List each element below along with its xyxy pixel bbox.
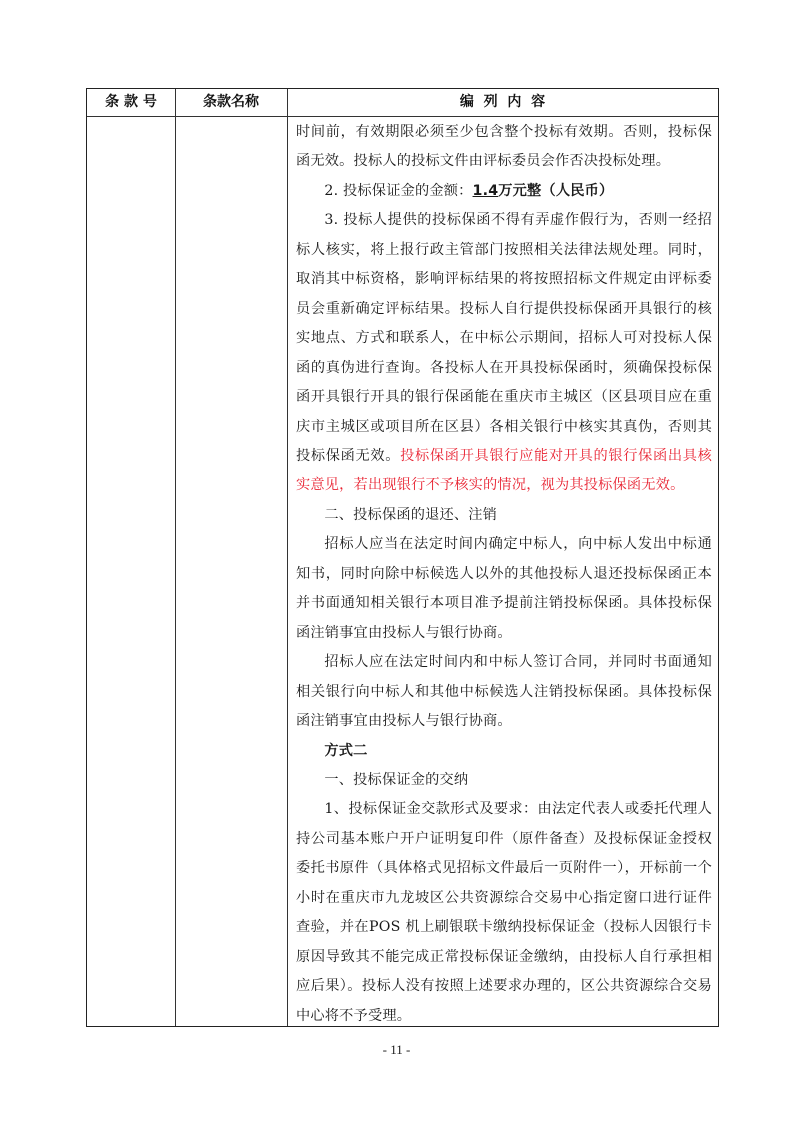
page-number: - 11 - xyxy=(0,1042,793,1058)
header-clause-name: 条款名称 xyxy=(175,89,287,116)
method-two-heading: 方式二 xyxy=(296,737,712,766)
paragraph-cancel-rules: 招标人应在法定时间内和中标人签订合同，并同时书面通知相关银行向中标人和其他中标候… xyxy=(296,648,712,736)
content-cell: 时间前，有效期限必须至少包含整个投标有效期。否则，投标保函无效。投标人的投标文件… xyxy=(291,116,718,1026)
column-divider xyxy=(175,89,176,1026)
column-divider xyxy=(287,89,288,1026)
deposit-amount-label: 2. 投标保证金的金额： xyxy=(324,183,472,199)
paragraph-validity: 时间前，有效期限必须至少包含整个投标有效期。否则，投标保函无效。投标人的投标文件… xyxy=(296,118,712,177)
paragraph-return-rules: 招标人应当在法定时间内确定中标人，向中标人发出中标通知书，同时向除中标候选人以外… xyxy=(296,530,712,648)
deposit-amount-unit: 万元整（人民币） xyxy=(498,183,613,199)
clause-table: 条 款 号 条款名称 编 列 内 容 时间前，有效期限必须至少包含整个投标有效期… xyxy=(86,88,719,1027)
header-content: 编 列 内 容 xyxy=(287,89,718,116)
paragraph-no-fraud-text: 3. 投标人提供的投标保函不得有弄虚作假行为，否则一经招标人核实，将上报行政主管… xyxy=(296,212,712,464)
paragraph-deposit-amount: 2. 投标保证金的金额：1.4万元整（人民币） xyxy=(296,177,712,206)
paragraph-no-fraud: 3. 投标人提供的投标保函不得有弄虚作假行为，否则一经招标人核实，将上报行政主管… xyxy=(296,206,712,501)
paragraph-payment-form: 1、投标保证金交款形式及要求：由法定代表人或委托代理人持公司基本账户开户证明复印… xyxy=(296,795,712,1026)
section-heading-payment: 一、投标保证金的交纳 xyxy=(296,766,712,795)
header-clause-number: 条 款 号 xyxy=(87,89,175,116)
deposit-amount-value: 1.4 xyxy=(473,183,499,199)
section-heading-return: 二、投标保函的退还、注销 xyxy=(296,501,712,530)
